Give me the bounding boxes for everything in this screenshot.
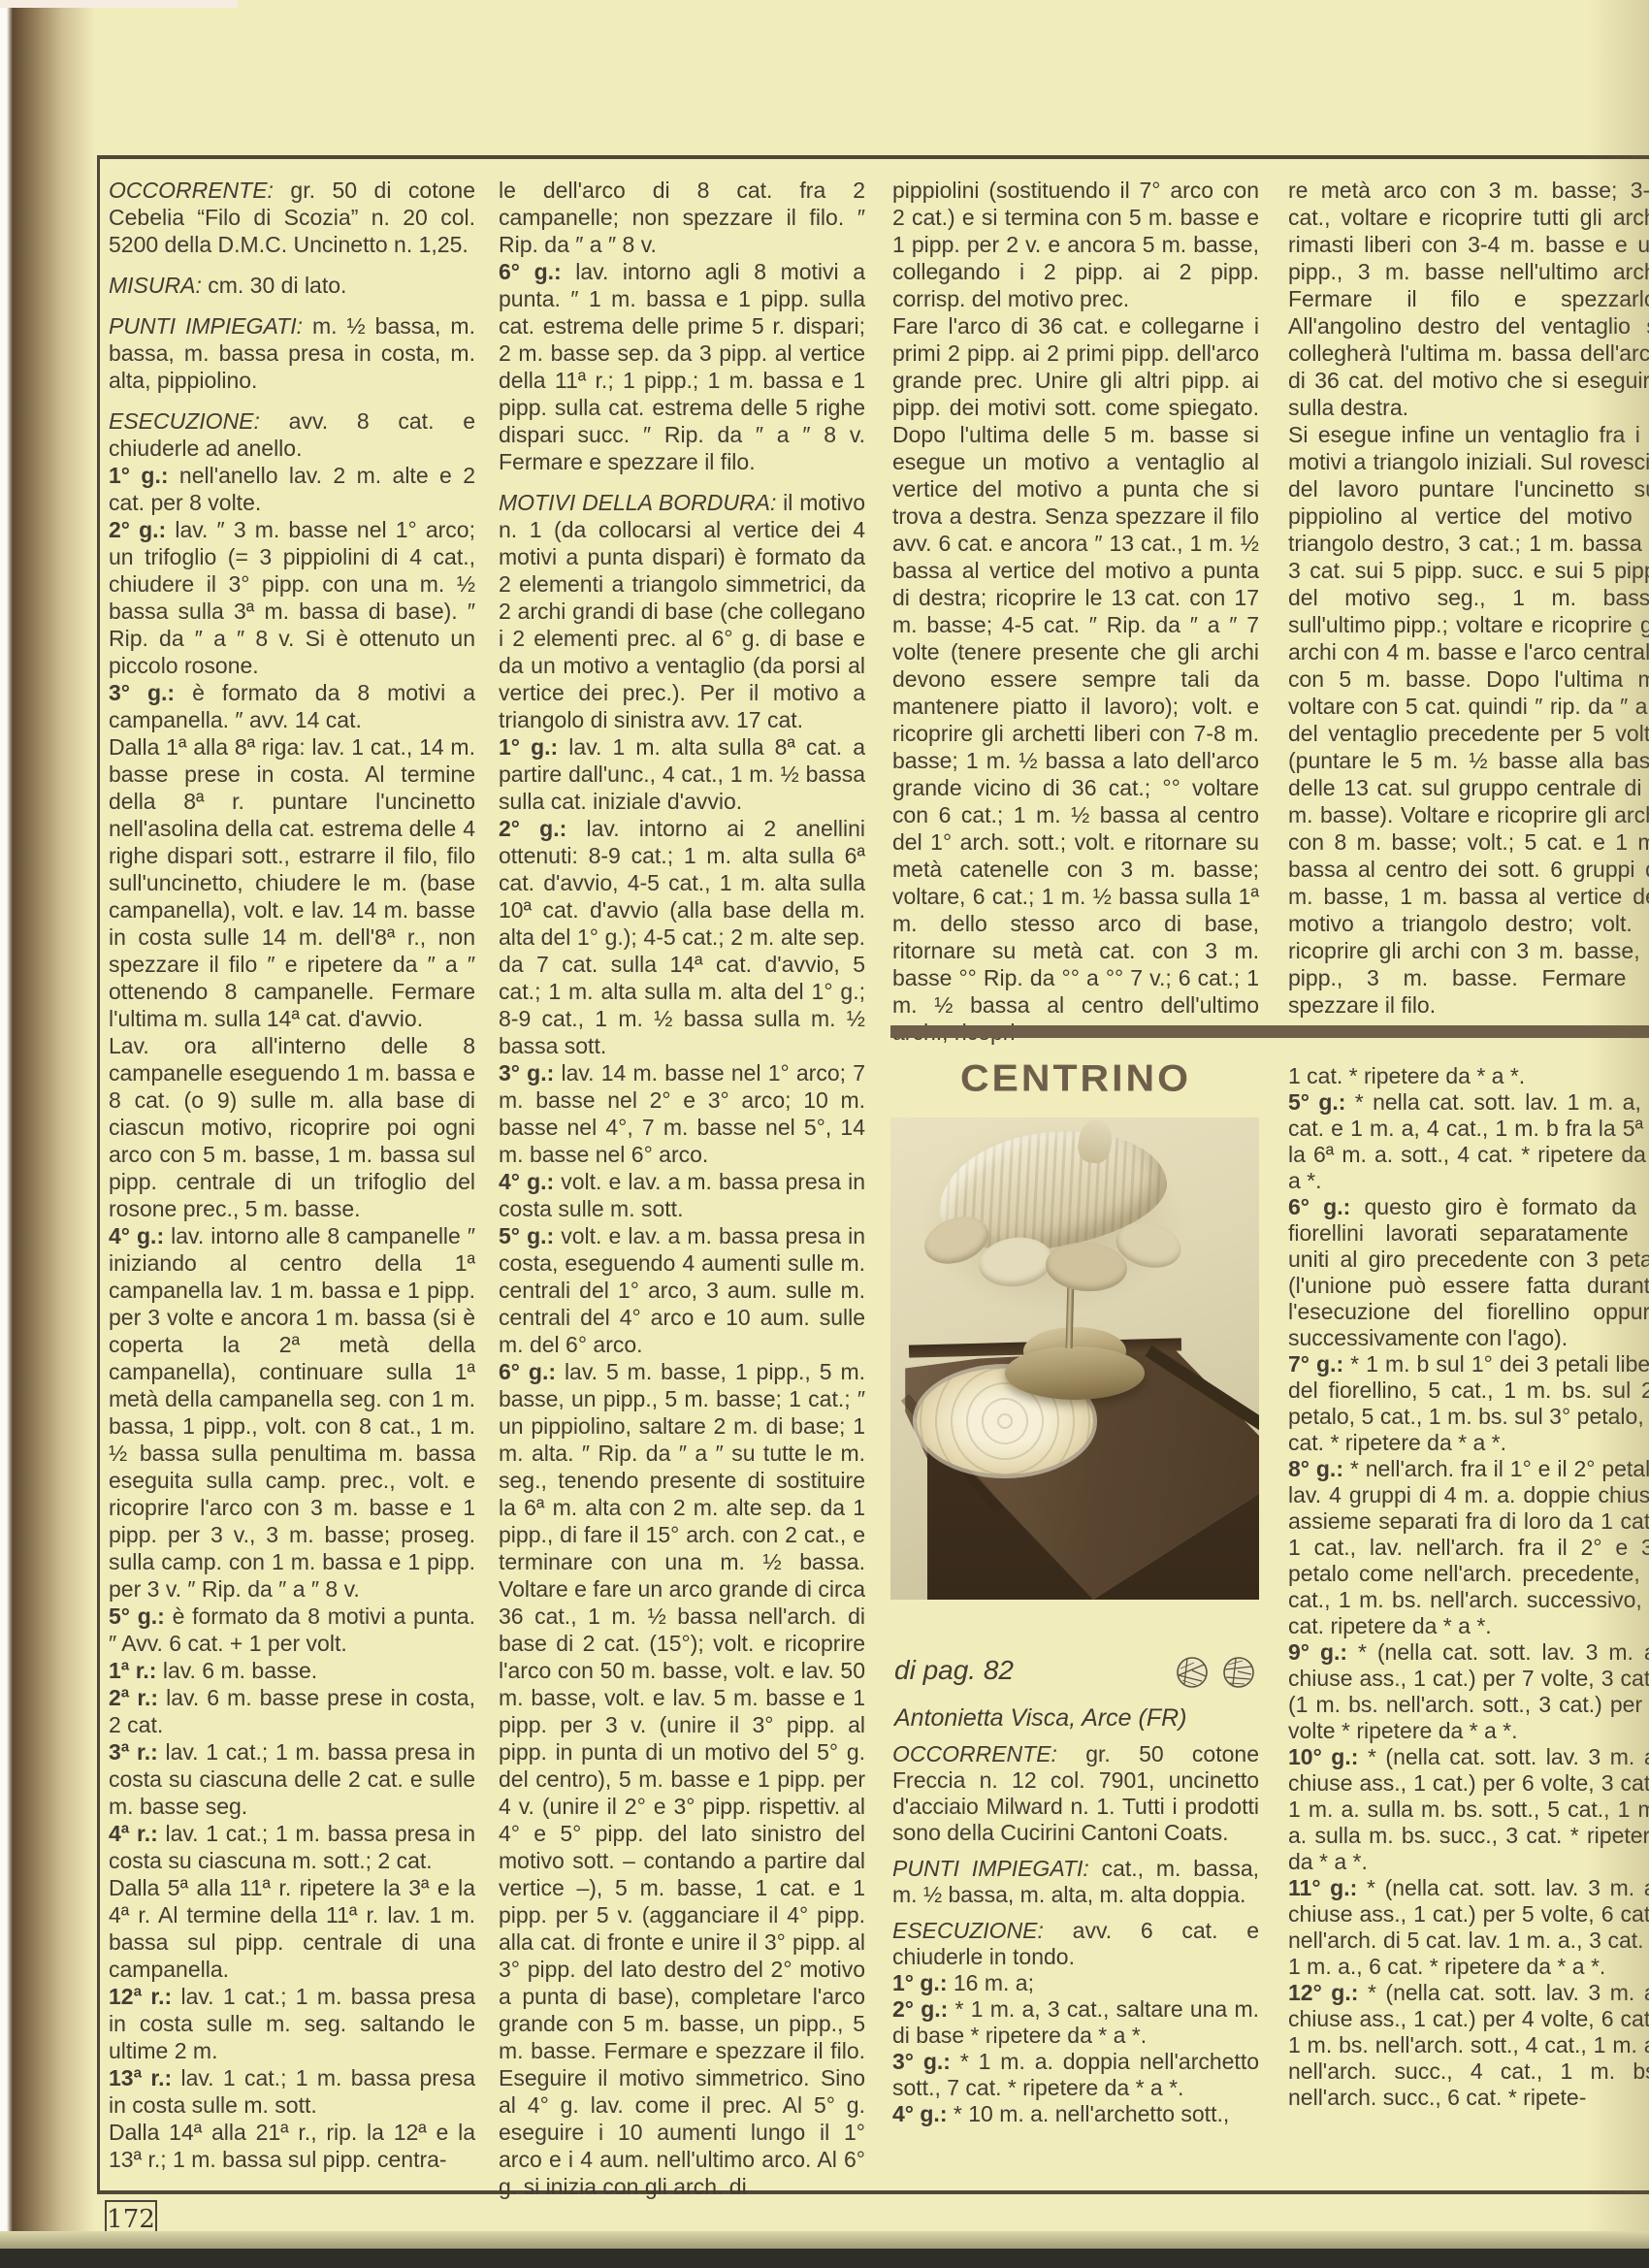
paragraph: Dalla 14ª alla 21ª r., rip. la 12ª e la … xyxy=(109,2119,475,2173)
paragraph-lead: 5° g.: xyxy=(109,1604,165,1629)
paragraph: 1° g.: lav. 1 m. alta sulla 8ª cat. a pa… xyxy=(499,733,865,815)
paragraph-lead: 6° g.: xyxy=(499,259,562,284)
paragraph-text: 16 m. a; xyxy=(947,1970,1033,1995)
photo-caption: di pag. 82 xyxy=(894,1655,1166,1686)
paragraph: pippiolini (sostituendo il 7° arco con 2… xyxy=(892,177,1259,312)
paragraph-text: * 1 m. a, 3 cat., saltare una m. di base… xyxy=(892,1996,1259,2048)
lamp-doily-photo xyxy=(890,1118,1259,1600)
paragraph: OCCORRENTE: gr. 50 cotone Freccia n. 12 … xyxy=(892,1741,1259,1846)
paragraph-lead: 8° g.: xyxy=(1288,1456,1343,1481)
section-title: CENTRINO xyxy=(892,1056,1259,1100)
magazine-page: OCCORRENTE: gr. 50 di cotone Cebelia “Fi… xyxy=(0,0,1649,2268)
paragraph-lead: 13ª r.: xyxy=(109,2065,172,2090)
paragraph: 12ª r.: lav. 1 cat.; 1 m. bassa presa in… xyxy=(109,1983,475,2064)
paragraph: 4° g.: lav. intorno alle 8 campanelle ″ … xyxy=(109,1222,475,1603)
paragraph: 2ª r.: lav. 6 m. basse prese in costa, 2… xyxy=(109,1684,475,1738)
paragraph-lead: 5° g.: xyxy=(1288,1089,1345,1115)
paragraph-lead: 1° g.: xyxy=(892,1970,947,1995)
paragraph-lead: 4° g.: xyxy=(109,1223,164,1248)
paragraph: 2° g.: lav. intorno ai 2 anellini ottenu… xyxy=(499,815,865,1059)
yarn-ball-icon xyxy=(1221,1655,1256,1690)
paragraph-text: lav. 6 m. basse. xyxy=(156,1658,317,1683)
text-column-3-bottom: OCCORRENTE: gr. 50 cotone Freccia n. 12 … xyxy=(892,1741,1259,2127)
paragraph-lead: 1° g.: xyxy=(109,463,169,488)
paragraph-text: lav. intorno ai 2 anellini ottenuti: 8-9… xyxy=(499,816,865,1058)
paragraph: MOTIVI DELLA BORDURA: il motivo n. 1 (da… xyxy=(499,489,865,733)
paragraph-text: lav. 1 cat.; 1 m. bassa presa in costa s… xyxy=(109,1821,475,1873)
paragraph: 3° g.: * 1 m. a. doppia nell'archetto so… xyxy=(892,2049,1259,2101)
paragraph-lead: 6° g.: xyxy=(1288,1194,1350,1219)
paragraph-text: Fare l'arco di 36 cat. e collegarne i pr… xyxy=(892,313,1259,1045)
page-bottom-edge xyxy=(0,2231,1649,2249)
paragraph-lead: 4° g.: xyxy=(892,2101,947,2126)
paragraph: Dalla 5ª alla 11ª r. ripetere la 3ª e la… xyxy=(109,1874,475,1983)
paragraph-lead: 3° g.: xyxy=(499,1060,554,1085)
paragraph-text: volt. e lav. a m. bassa presa in costa s… xyxy=(499,1169,865,1221)
paragraph-text: lav. 1 cat.; 1 m. bassa presa in costa s… xyxy=(109,1739,475,1819)
paragraph: 3° g.: è formato da 8 motivi a campanell… xyxy=(109,679,475,733)
paragraph-lead: 5° g.: xyxy=(499,1223,554,1248)
page-number: 172 xyxy=(107,2205,155,2234)
paragraph: 6° g.: lav. intorno agli 8 motivi a punt… xyxy=(499,258,865,475)
paragraph-lead: PUNTI IMPIEGATI: xyxy=(892,1856,1089,1881)
paragraph: Dalla 1ª alla 8ª riga: lav. 1 cat., 14 m… xyxy=(109,733,475,1032)
paragraph: PUNTI IMPIEGATI: m. ½ bassa, m. bassa, m… xyxy=(109,312,475,394)
paragraph-lead: MOTIVI DELLA BORDURA: xyxy=(499,490,776,515)
paragraph-text: pippiolini (sostituendo il 7° arco con 2… xyxy=(892,178,1259,311)
paragraph: ESECUZIONE: avv. 6 cat. e chiuderle in t… xyxy=(892,1918,1259,1970)
paragraph-text: Lav. ora all'interno delle 8 campanelle … xyxy=(109,1033,475,1221)
text-column-1: OCCORRENTE: gr. 50 di cotone Cebelia “Fi… xyxy=(109,177,475,2173)
text-column-3-top: pippiolini (sostituendo il 7° arco con 2… xyxy=(892,177,1259,1046)
paragraph-lead: 3° g.: xyxy=(892,2049,951,2074)
paragraph-lead: PUNTI IMPIEGATI: xyxy=(109,313,303,339)
paragraph-lead: 11° g.: xyxy=(1288,1875,1357,1900)
paragraph-lead: 4ª r.: xyxy=(109,1821,158,1846)
paragraph: OCCORRENTE: gr. 50 di cotone Cebelia “Fi… xyxy=(109,177,475,258)
paragraph: 5° g.: è formato da 8 motivi a punta. ″ … xyxy=(109,1603,475,1657)
scan-artifact-top xyxy=(0,0,238,8)
paragraph-lead: OCCORRENTE: xyxy=(109,178,274,203)
paragraph-text: lav. 6 m. basse prese in costa, 2 cat. xyxy=(109,1685,475,1737)
paragraph-lead: 2ª r.: xyxy=(109,1685,158,1710)
paragraph: 2° g.: * 1 m. a, 3 cat., saltare una m. … xyxy=(892,1996,1259,2049)
paragraph-text: Dalla 14ª alla 21ª r., rip. la 12ª e la … xyxy=(109,2120,475,2172)
paragraph-lead: 1° g.: xyxy=(499,734,558,760)
paragraph-text: Dalla 5ª alla 11ª r. ripetere la 3ª e la… xyxy=(109,1875,475,1982)
paragraph-lead: 9° g.: xyxy=(1288,1639,1347,1665)
difficulty-icons xyxy=(1175,1655,1262,1694)
paragraph: Fare l'arco di 36 cat. e collegarne i pr… xyxy=(892,312,1259,1046)
paragraph: 4ª r.: lav. 1 cat.; 1 m. bassa presa in … xyxy=(109,1820,475,1874)
paragraph: 2° g.: lav. ″ 3 m. basse nel 1° arco; un… xyxy=(109,516,475,679)
paragraph: le dell'arco di 8 cat. fra 2 campanelle;… xyxy=(499,177,865,258)
paragraph-lead: 3° g.: xyxy=(109,680,175,705)
paragraph: 1° g.: nell'anello lav. 2 m. alte e 2 ca… xyxy=(109,462,475,516)
paragraph-text: cm. 30 di lato. xyxy=(202,273,347,298)
paragraph-lead: 6° g.: xyxy=(499,1359,556,1384)
paragraph-lead: 3ª r.: xyxy=(109,1739,158,1765)
paragraph-lead: 10° g.: xyxy=(1288,1744,1358,1769)
paragraph-text: le dell'arco di 8 cat. fra 2 campanelle;… xyxy=(499,178,865,257)
yarn-ball-icon xyxy=(1175,1655,1210,1690)
paragraph: 5° g.: volt. e lav. a m. bassa presa in … xyxy=(499,1222,865,1358)
paragraph-text: lav. intorno agli 8 motivi a punta. ″ 1 … xyxy=(499,259,865,474)
paragraph-lead: 4° g.: xyxy=(499,1169,554,1194)
paragraph: PUNTI IMPIEGATI: cat., m. bassa, m. ½ ba… xyxy=(892,1856,1259,1908)
paragraph: 4° g.: * 10 m. a. nell'archetto sott., xyxy=(892,2101,1259,2127)
paragraph-text: volt. e lav. a m. bassa presa in costa, … xyxy=(499,1223,865,1357)
paragraph: 3ª r.: lav. 1 cat.; 1 m. bassa presa in … xyxy=(109,1738,475,1820)
paragraph-text: lav. 5 m. basse, 1 pipp., 5 m. basse, un… xyxy=(499,1359,865,2199)
paragraph-text: 1 cat. * ripetere da * a *. xyxy=(1288,1063,1525,1088)
paragraph: 13ª r.: lav. 1 cat.; 1 m. bassa presa in… xyxy=(109,2064,475,2119)
paragraph: 4° g.: volt. e lav. a m. bassa presa in … xyxy=(499,1168,865,1222)
paragraph-lead: MISURA: xyxy=(109,273,202,298)
paragraph: 3° g.: lav. 14 m. basse nel 1° arco; 7 m… xyxy=(499,1059,865,1168)
paragraph-lead: 1ª r.: xyxy=(109,1658,156,1683)
paragraph-lead: 2° g.: xyxy=(109,517,166,542)
paragraph-text: il motivo n. 1 (da collocarsi al vertice… xyxy=(499,490,865,732)
paragraph-lead: 7° g.: xyxy=(1288,1351,1343,1377)
paragraph-lead: ESECUZIONE: xyxy=(109,408,260,434)
paragraph-text: lav. 14 m. basse nel 1° arco; 7 m. basse… xyxy=(499,1060,865,1167)
paragraph: 6° g.: lav. 5 m. basse, 1 pipp., 5 m. ba… xyxy=(499,1358,865,2200)
paragraph: MISURA: cm. 30 di lato. xyxy=(109,272,475,299)
paragraph-lead: 12ª r.: xyxy=(109,1984,172,2009)
paragraph: Lav. ora all'interno delle 8 campanelle … xyxy=(109,1032,475,1222)
paragraph: 1° g.: 16 m. a; xyxy=(892,1970,1259,1996)
text-column-2: le dell'arco di 8 cat. fra 2 campanelle;… xyxy=(499,177,865,2200)
lamp-base-plate xyxy=(1005,1346,1145,1400)
binding-shadow xyxy=(0,0,97,2268)
paragraph: ESECUZIONE: avv. 8 cat. e chiuderle ad a… xyxy=(109,407,475,462)
author-credit: Antonietta Visca, Arce (FR) xyxy=(894,1704,1261,1733)
paragraph-lead: ESECUZIONE: xyxy=(892,1918,1044,1943)
paragraph: 1ª r.: lav. 6 m. basse. xyxy=(109,1657,475,1684)
paragraph-lead: OCCORRENTE: xyxy=(892,1741,1057,1766)
paragraph-text: Dalla 1ª alla 8ª riga: lav. 1 cat., 14 m… xyxy=(109,734,475,1031)
page-edge-shade xyxy=(1587,0,1649,2268)
paragraph-lead: 12° g.: xyxy=(1288,1980,1358,2005)
paragraph-text: lav. intorno alle 8 campanelle ″ inizian… xyxy=(109,1223,475,1602)
scan-background-bottom xyxy=(0,2249,1649,2268)
paragraph-lead: 2° g.: xyxy=(499,816,566,841)
paragraph-text: * 10 m. a. nell'archetto sott., xyxy=(947,2101,1229,2126)
paragraph-lead: 2° g.: xyxy=(892,1996,948,2022)
section-divider-rule xyxy=(890,1025,1649,1038)
